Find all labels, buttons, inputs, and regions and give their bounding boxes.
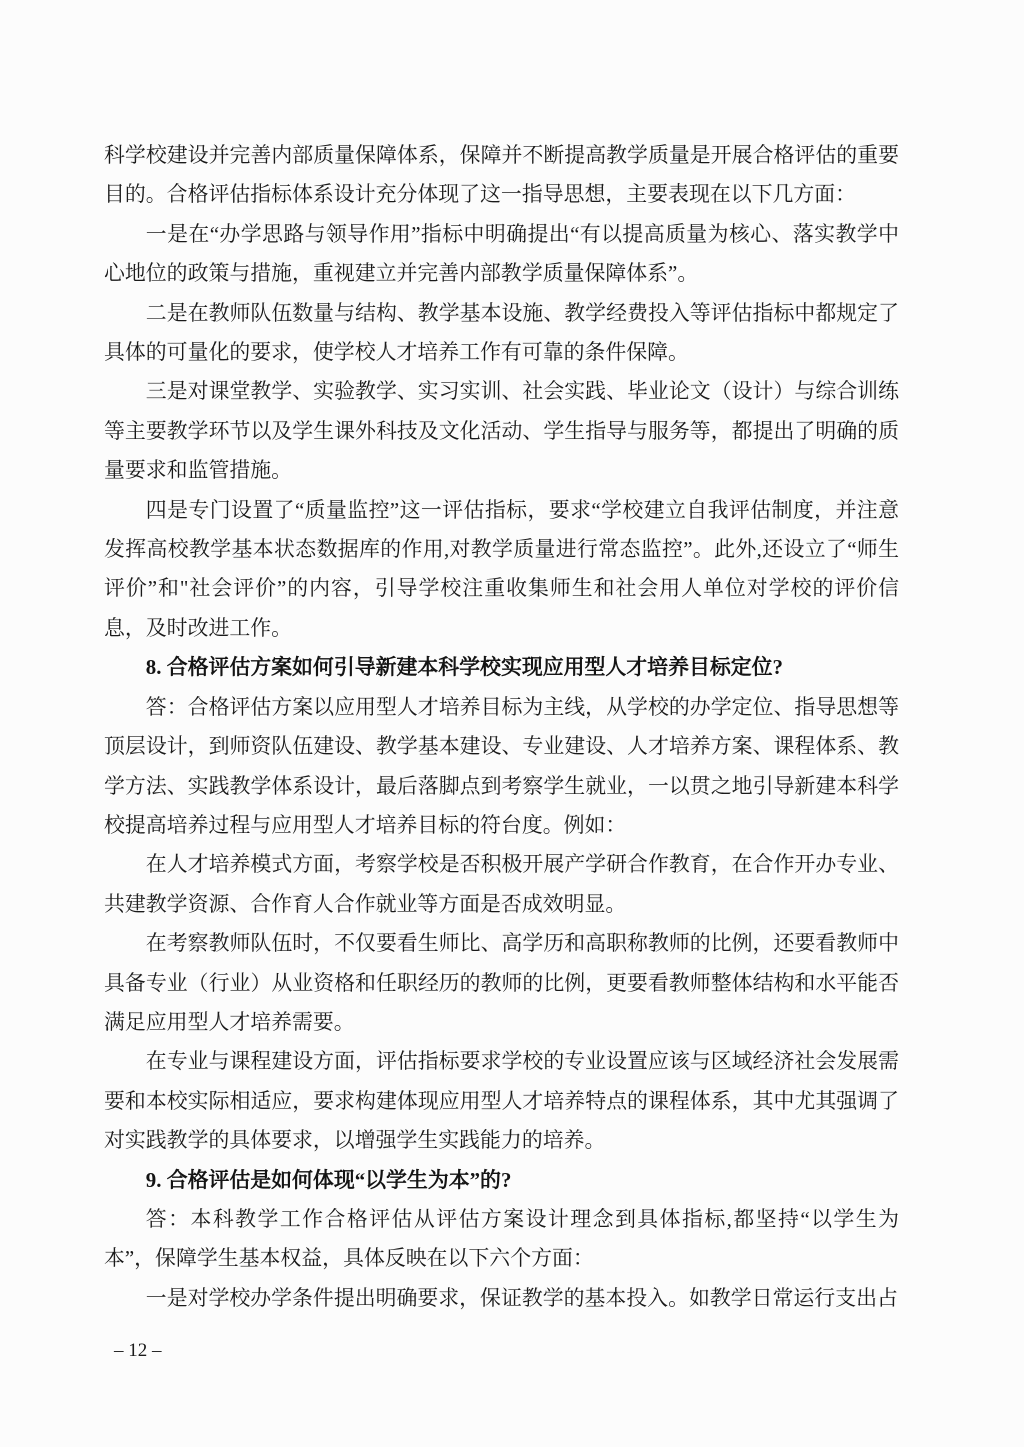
answer-8-paragraph-4: 在专业与课程建设方面，评估指标要求学校的专业设置应该与区域经济社会发展需要和本校… (104, 1042, 899, 1160)
answer-8-paragraph-1: 答：合格评估方案以应用型人才培养目标为主线，从学校的办学定位、指导思想等顶层设计… (104, 688, 899, 846)
paragraph-point-three: 三是对课堂教学、实验教学、实习实训、社会实践、毕业论文（设计）与综合训练等主要教… (104, 372, 899, 490)
document-page: 科学校建设并完善内部质量保障体系，保障并不断提高教学质量是开展合格评估的重要目的… (0, 0, 1024, 1447)
answer-8-paragraph-2: 在人才培养模式方面，考察学校是否积极开展产学研合作教育，在合作开办专业、共建教学… (104, 845, 899, 924)
answer-9-paragraph-2: 一是对学校办学条件提出明确要求，保证教学的基本投入。如教学日常运行支出占 (104, 1279, 899, 1318)
document-body: 科学校建设并完善内部质量保障体系，保障并不断提高教学质量是开展合格评估的重要目的… (104, 136, 899, 1318)
paragraph-point-one: 一是在“办学思路与领导作用”指标中明确提出“有以提高质量为核心、落实教学中心地位… (104, 215, 899, 294)
paragraph-point-two: 二是在教师队伍数量与结构、教学基本设施、教学经费投入等评估指标中都规定了具体的可… (104, 294, 899, 373)
question-9-heading: 9. 合格评估是如何体现“以学生为本”的? (104, 1161, 899, 1200)
page-number: – 12 – (114, 1337, 162, 1365)
paragraph-point-four: 四是专门设置了“质量监控”这一评估指标，要求“学校建立自我评估制度，并注意发挥高… (104, 491, 899, 649)
paragraph-continuation: 科学校建设并完善内部质量保障体系，保障并不断提高教学质量是开展合格评估的重要目的… (104, 136, 899, 215)
answer-9-paragraph-1: 答：本科教学工作合格评估从评估方案设计理念到具体指标,都坚持“以学生为本”，保障… (104, 1200, 899, 1279)
answer-8-paragraph-3: 在考察教师队伍时，不仅要看生师比、高学历和高职称教师的比例，还要看教师中具备专业… (104, 924, 899, 1042)
question-8-heading: 8. 合格评估方案如何引导新建本科学校实现应用型人才培养目标定位? (104, 648, 899, 687)
